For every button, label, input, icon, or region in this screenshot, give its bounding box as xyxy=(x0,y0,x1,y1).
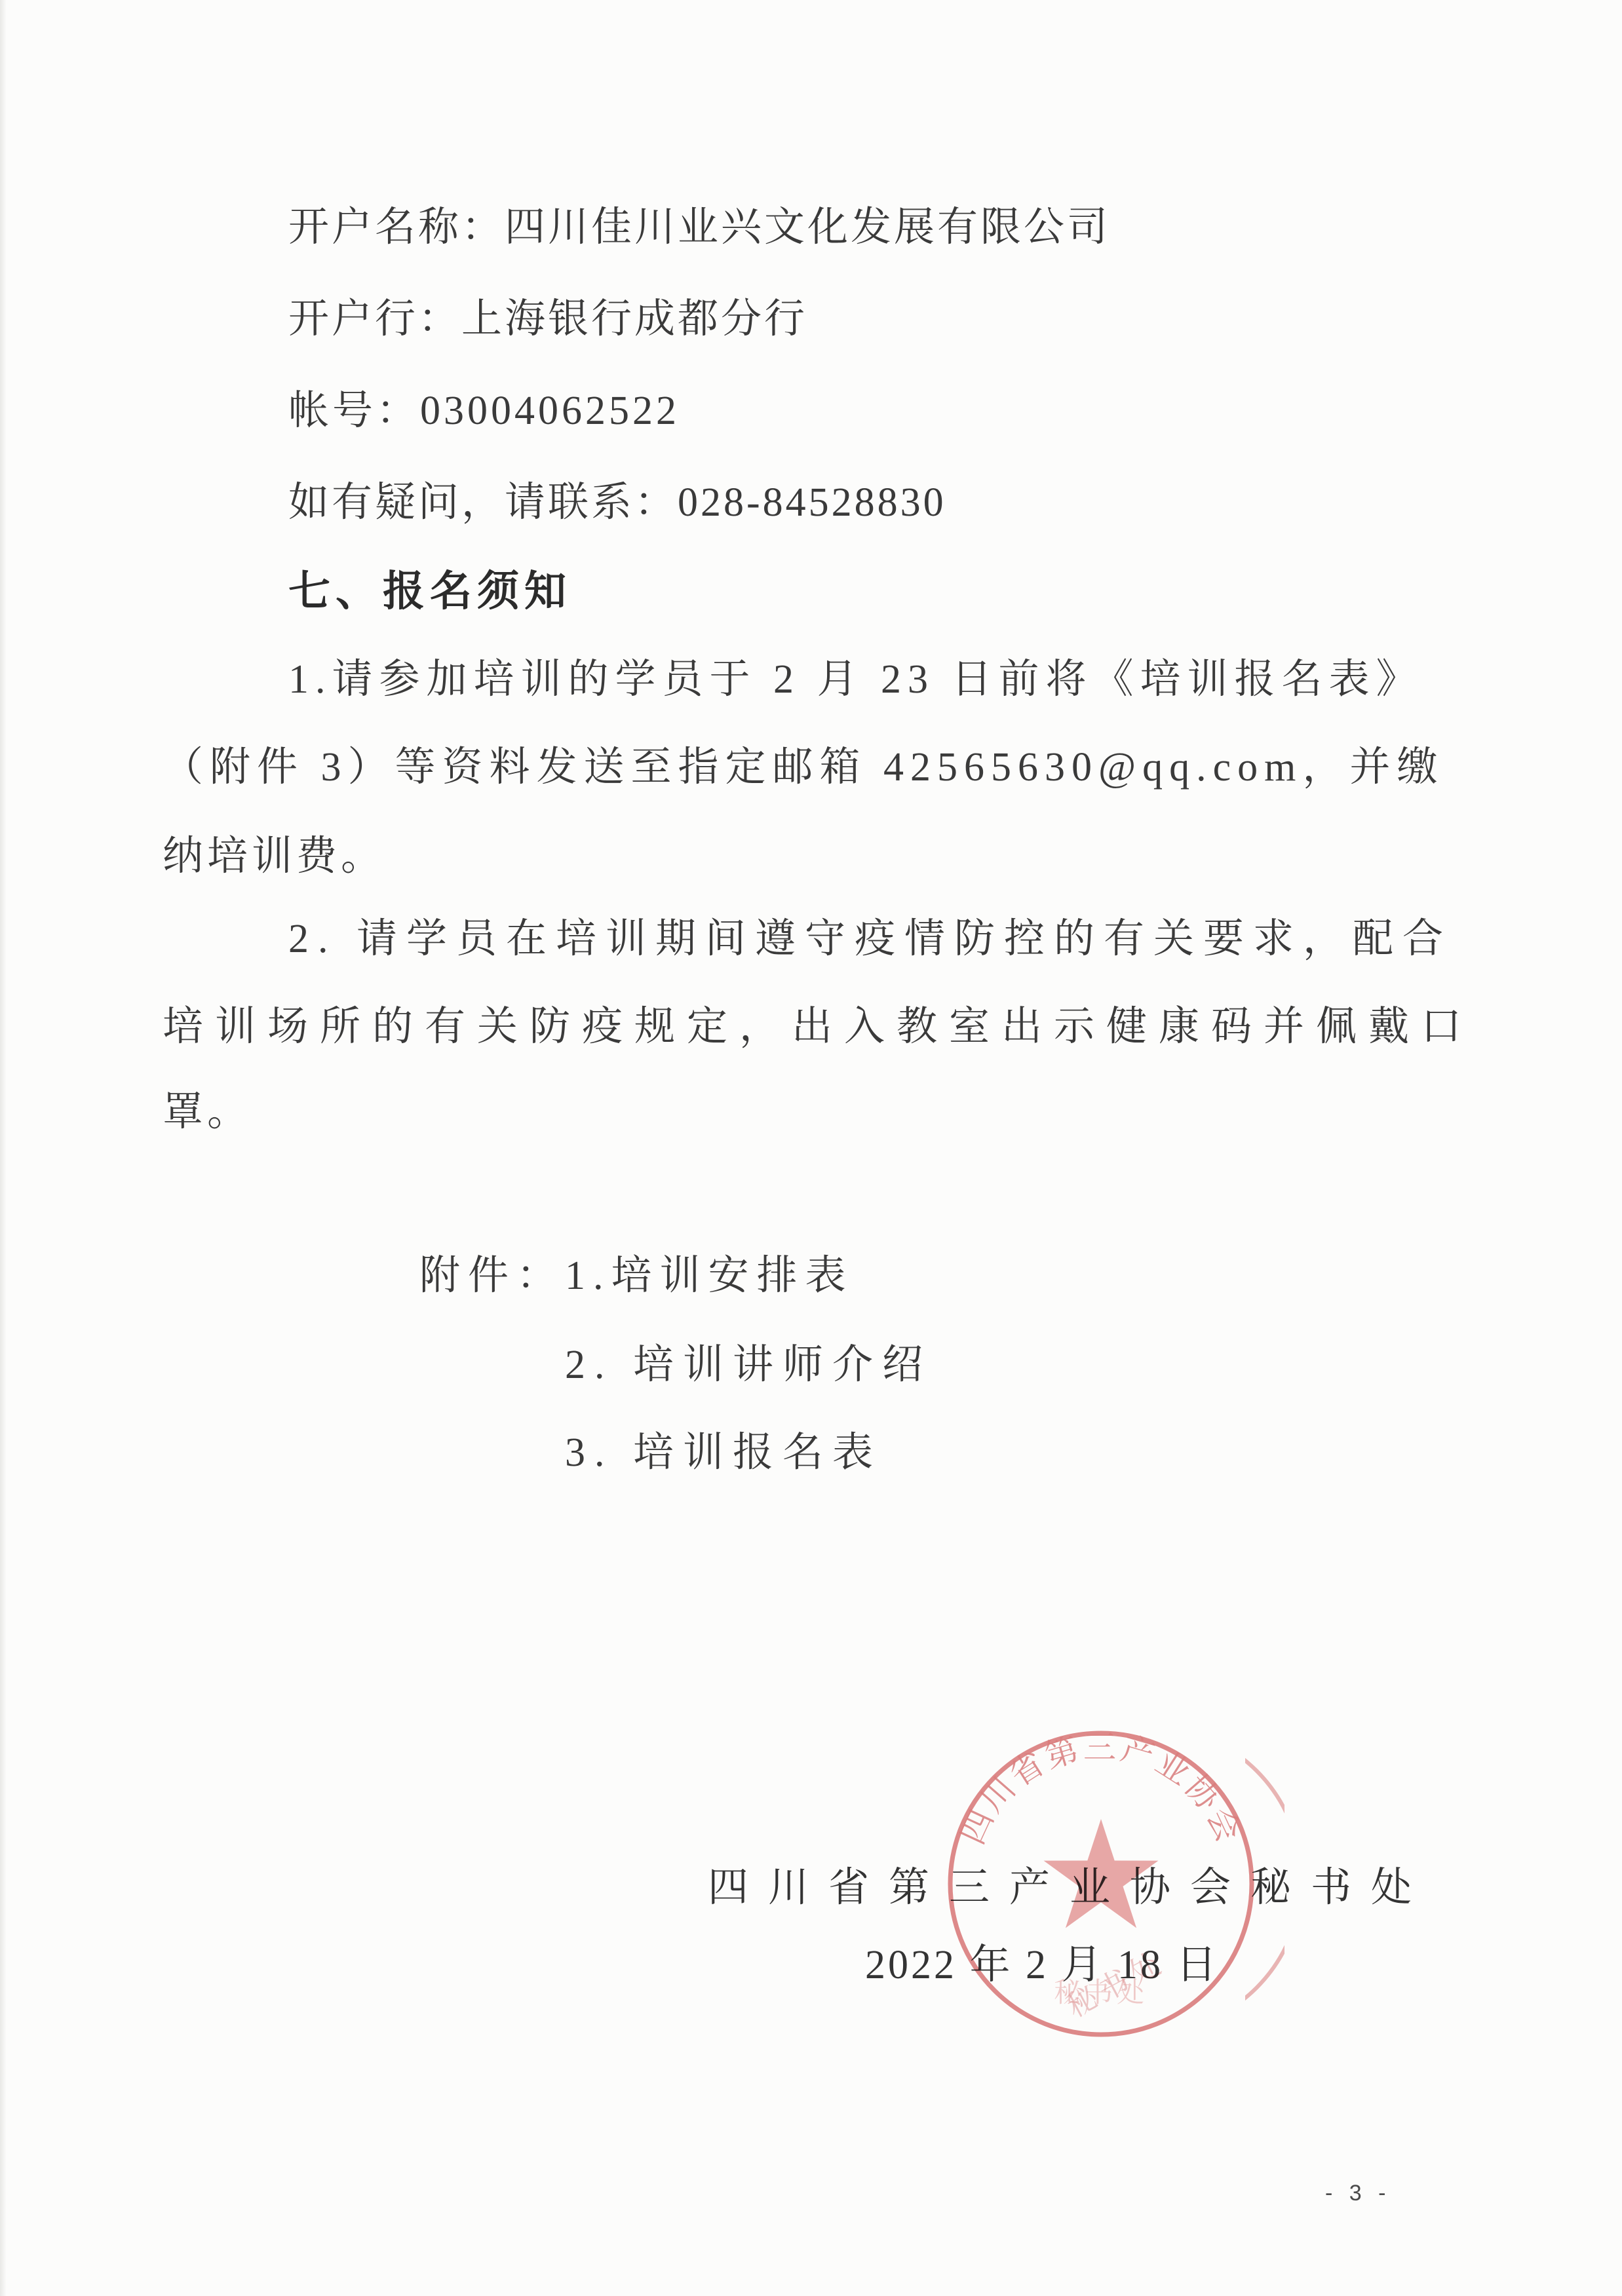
scanned-document-page: 开户名称：四川佳川业兴文化发展有限公司 开户行：上海银行成都分行 帐号：0300… xyxy=(0,0,1622,2296)
section-heading-registration-notes: 七、报名须知 xyxy=(288,567,571,616)
contact-phone-line: 如有疑问，请联系：028-84528830 xyxy=(288,480,946,526)
attachments-label-and-item1: 附件：1.培训安排表 xyxy=(419,1253,854,1299)
page-number: - 3 - xyxy=(1325,2181,1391,2206)
notice-item2-line1: 2. 请学员在培训期间遵守疫情防控的有关要求，配合 xyxy=(288,916,1452,963)
notice-item1-line3: 纳培训费。 xyxy=(163,833,385,880)
notice-item2-line3: 罩。 xyxy=(163,1089,252,1136)
bank-account-number-line: 帐号：03004062522 xyxy=(288,388,680,434)
notice-item1-line1: 1.请参加培训的学员于 2 月 23 日前将《培训报名表》 xyxy=(288,657,1423,703)
bank-branch-line: 开户行：上海银行成都分行 xyxy=(288,296,807,343)
seal-arc-text: 四川省第三产业协会 xyxy=(954,1729,1248,1849)
notice-item1-line2: （附件 3）等资料发送至指定邮箱 42565630@qq.com，并缴 xyxy=(163,744,1444,791)
signature-organization: 四川省第三产业协会秘书处 xyxy=(708,1865,1431,1911)
bank-account-name-line: 开户名称：四川佳川业兴文化发展有限公司 xyxy=(288,204,1110,251)
signature-date: 2022 年 2 月 18 日 xyxy=(865,1942,1220,1989)
attachments-item3: 3. 培训报名表 xyxy=(565,1430,882,1476)
attachments-item2: 2. 培训讲师介绍 xyxy=(565,1342,932,1388)
notice-item2-line2: 培训场所的有关防疫规定，出入教室出示健康码并佩戴口 xyxy=(163,1004,1473,1050)
